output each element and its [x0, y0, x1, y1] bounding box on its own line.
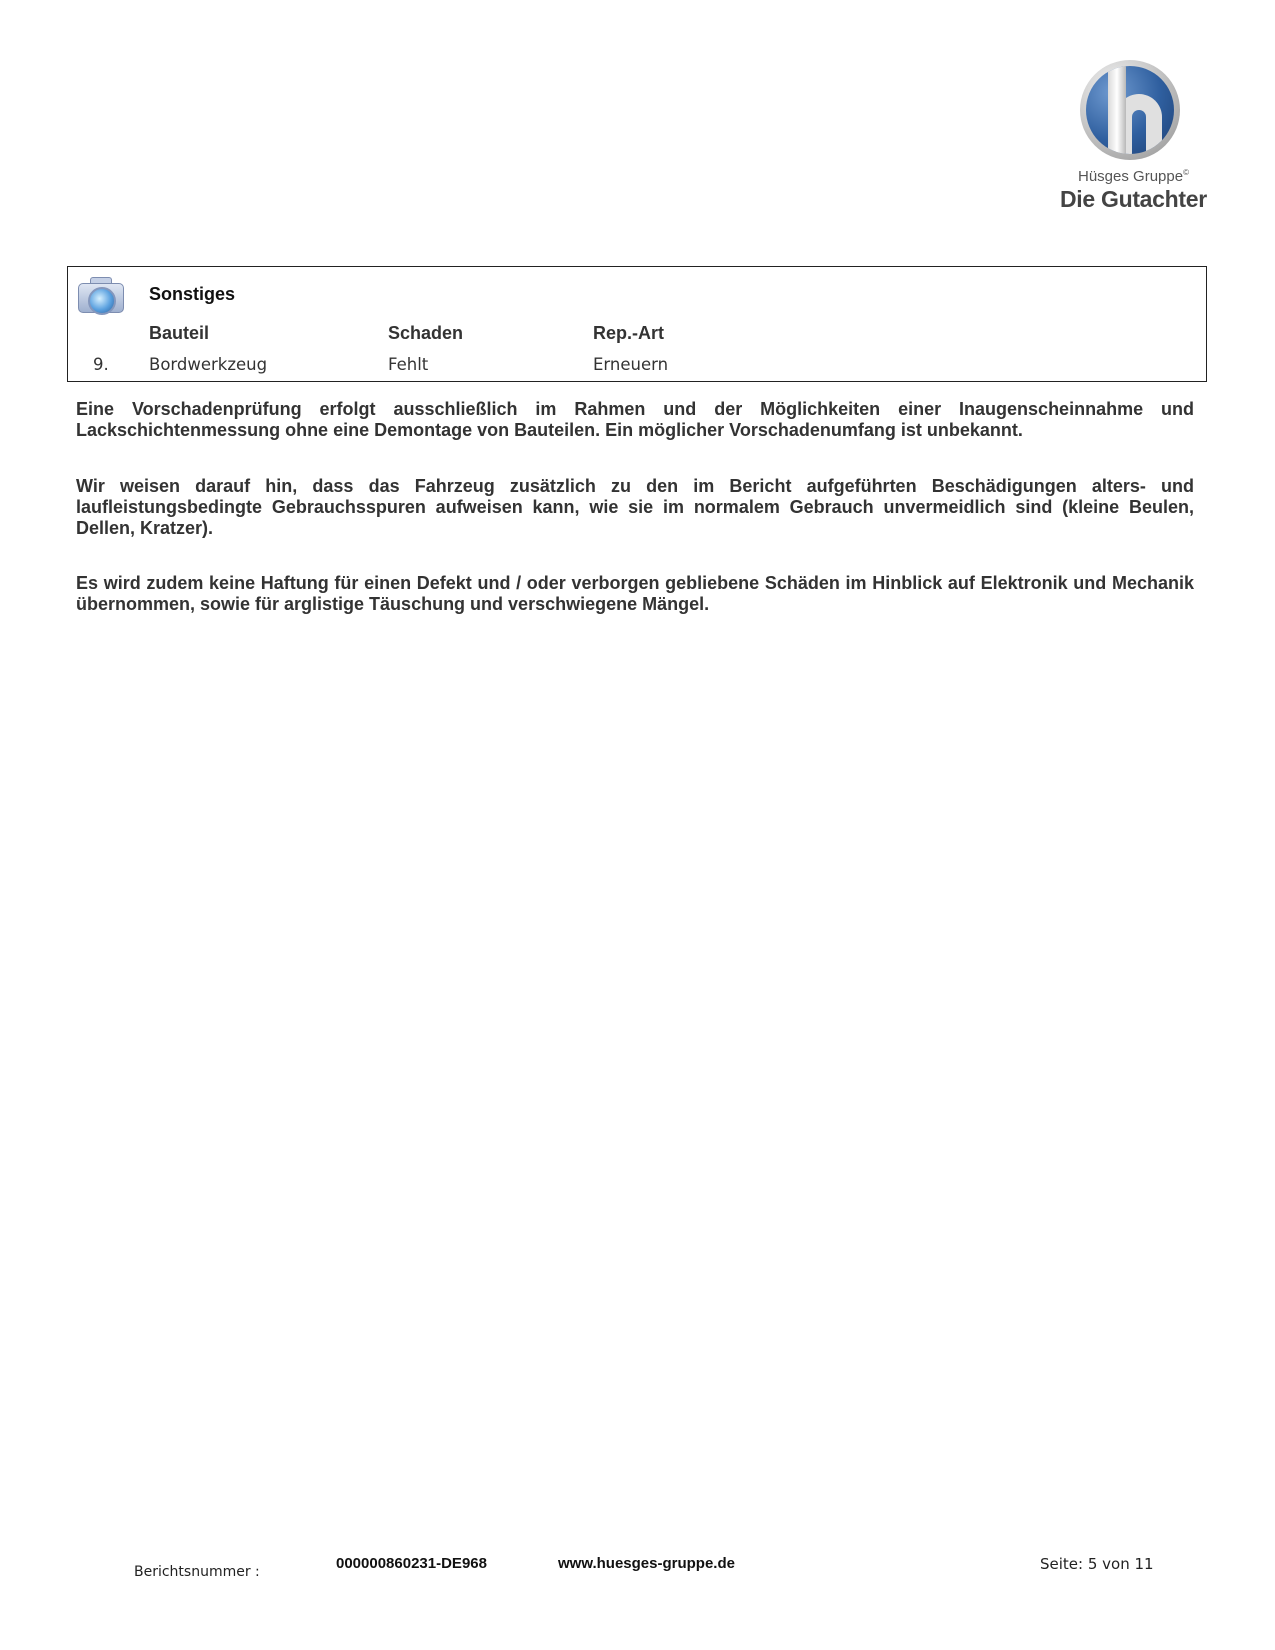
- column-header-rep-art: Rep.-Art: [593, 323, 664, 344]
- damage-section: Sonstiges Bauteil Schaden Rep.-Art 9. Bo…: [67, 266, 1207, 382]
- column-header-schaden: Schaden: [388, 323, 463, 344]
- cell-bauteil: Bordwerkzeug: [149, 355, 267, 374]
- cell-schaden: Fehlt: [388, 355, 428, 374]
- disclaimer-liability: Es wird zudem keine Haftung für einen De…: [76, 573, 1194, 615]
- website-link[interactable]: www.huesges-gruppe.de: [558, 1555, 735, 1572]
- cell-rep-art: Erneuern: [593, 355, 668, 374]
- huesges-h-logo-icon: [1080, 60, 1180, 160]
- company-logo: Hüsges Gruppe© Die Gutachter: [1060, 58, 1200, 218]
- disclaimer-wear: Wir weisen darauf hin, dass das Fahrzeug…: [76, 476, 1194, 539]
- camera-icon[interactable]: [76, 275, 124, 315]
- disclaimer-prior-damage: Eine Vorschadenprüfung erfolgt ausschlie…: [76, 399, 1194, 441]
- report-number: 000000860231-DE968: [336, 1555, 487, 1572]
- logo-tagline: Die Gutachter: [1060, 186, 1207, 213]
- column-header-bauteil: Bauteil: [149, 323, 209, 344]
- row-number: 9.: [93, 355, 109, 374]
- section-title: Sonstiges: [149, 284, 235, 305]
- logo-company-group: Hüsges Gruppe©: [1078, 168, 1189, 185]
- page-number: Seite: 5 von 11: [1040, 1555, 1154, 1573]
- report-number-label: Berichtsnummer :: [134, 1564, 260, 1580]
